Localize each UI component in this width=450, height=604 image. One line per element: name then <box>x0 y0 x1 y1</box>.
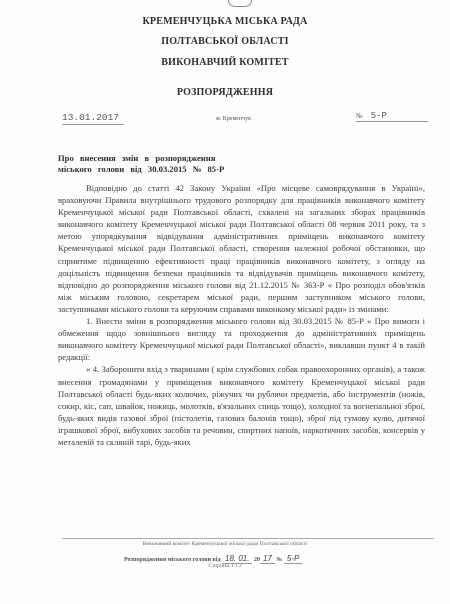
page-indicator: Сторінка 1 з 2 <box>0 563 450 569</box>
footer-organization: Виконавчий комітет Кременчуцької міської… <box>0 541 450 547</box>
document-city: м. Кременчук <box>216 116 251 122</box>
paragraph-item-4-text: « 4. Заборонити вхід з тваринами ( крім … <box>58 363 425 448</box>
title-line-1: Про внесення змін в розпорядження <box>58 153 224 164</box>
committee-name: ВИКОНАВЧИЙ КОМІТЕТ <box>0 57 450 68</box>
paragraph-item-1: 1. Внести зміни в розпорядження міського… <box>58 315 425 363</box>
region-name: ПОЛТАВСЬКОЇ ОБЛАСТІ <box>0 36 450 47</box>
footer-divider <box>62 538 434 539</box>
document-number: №5-Р <box>356 110 428 122</box>
title-line-2: міського голови від 30.03.2015 № 85-Р <box>58 164 224 175</box>
footer-order-reference: Розпорядження міського голови від 18. 01… <box>124 554 302 563</box>
paragraph-preamble: Відповідно до статті 42 Закону України «… <box>58 182 425 315</box>
document-date: 13.01.2017 <box>62 112 124 125</box>
document-type: РОЗПОРЯДЖЕННЯ <box>0 87 450 98</box>
document-body: Відповідно до статті 42 Закону України «… <box>58 182 425 448</box>
number-value: 5-Р <box>371 111 387 121</box>
coat-of-arms-icon <box>228 0 252 7</box>
number-label: № <box>356 112 363 120</box>
document-title: Про внесення змін в розпорядження місько… <box>58 153 224 175</box>
council-name: КРЕМЕНЧУЦЬКА МІСЬКА РАДА <box>0 16 450 27</box>
